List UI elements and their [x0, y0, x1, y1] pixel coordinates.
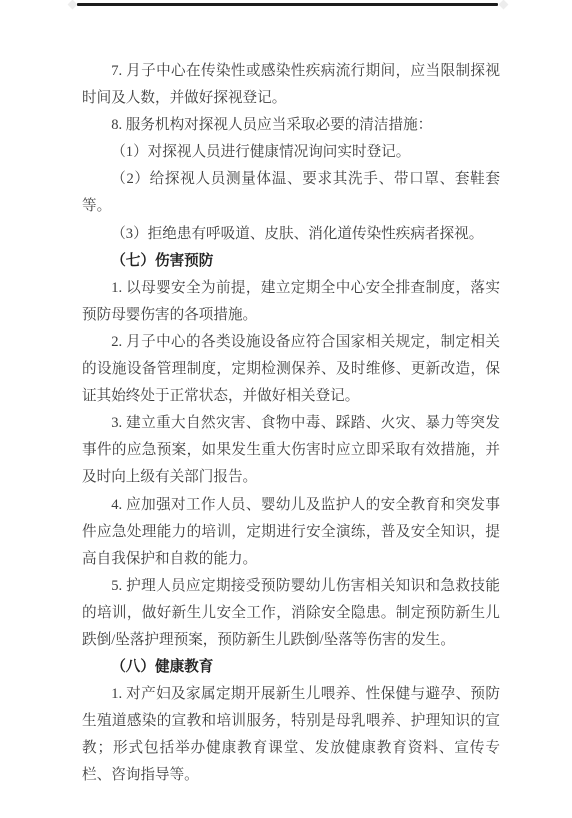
paragraph: 2. 月子中心的各类设施设备应符合国家相关规定，制定相关的设施设备管理制度，定期… — [82, 329, 500, 410]
top-rule-divider — [77, 3, 498, 6]
paragraph: 4. 应加强对工作人员、婴幼儿及监护人的安全教育和突发事件应急处理能力的培训，定… — [82, 492, 500, 573]
paragraph: （3）拒绝患有呼吸道、皮肤、消化道传染性疾病者探视。 — [82, 221, 500, 248]
section-heading: （八）健康教育 — [82, 654, 500, 681]
paragraph: 1. 对产妇及家属定期开展新生儿喂养、性保健与避孕、预防生殖道感染的宣教和培训服… — [82, 681, 500, 789]
paragraph: 7. 月子中心在传染性或感染性疾病流行期间，应当限制探视时间及人数，并做好探视登… — [82, 58, 500, 112]
paragraph: 3. 建立重大自然灾害、食物中毒、踩踏、火灾、暴力等突发事件的应急预案，如果发生… — [82, 410, 500, 491]
scan-artifact-right — [499, 0, 509, 9]
scan-artifact-left — [68, 0, 78, 9]
section-heading: （七）伤害预防 — [82, 248, 500, 275]
paragraph: 1. 以母婴安全为前提，建立定期全中心安全排查制度，落实预防母婴伤害的各项措施。 — [82, 275, 500, 329]
paragraph: （2）给探视人员测量体温、要求其洗手、带口罩、套鞋套等。 — [82, 166, 500, 220]
document-body: 7. 月子中心在传染性或感染性疾病流行期间，应当限制探视时间及人数，并做好探视登… — [82, 58, 500, 790]
paragraph: 5. 护理人员应定期接受预防婴幼儿伤害相关知识和急救技能的培训，做好新生儿安全工… — [82, 573, 500, 654]
paragraph: （1）对探视人员进行健康情况询问实时登记。 — [82, 139, 500, 166]
paragraph: 8. 服务机构对探视人员应当采取必要的清洁措施： — [82, 112, 500, 139]
document-page: 7. 月子中心在传染性或感染性疾病流行期间，应当限制探视时间及人数，并做好探视登… — [0, 0, 572, 818]
